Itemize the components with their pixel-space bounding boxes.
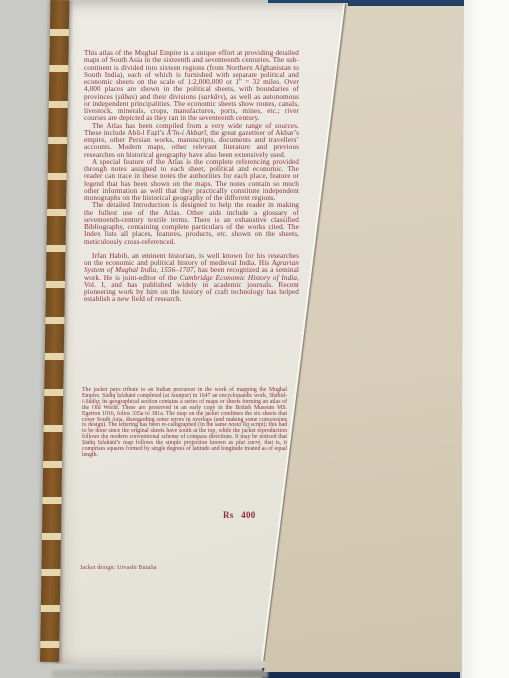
price-label: Rs 400 [223,510,256,520]
jacket-design-credit: Jacket design: Urvashi Butalia [80,565,157,571]
jacket-map-note: The jacket pays tribute to an Indian pre… [82,388,287,459]
flap-bottom-shadow [52,670,268,678]
photo-background-right [462,0,509,678]
flap-blurb-text: This atlas of the Mughal Empire is a uni… [84,50,299,304]
